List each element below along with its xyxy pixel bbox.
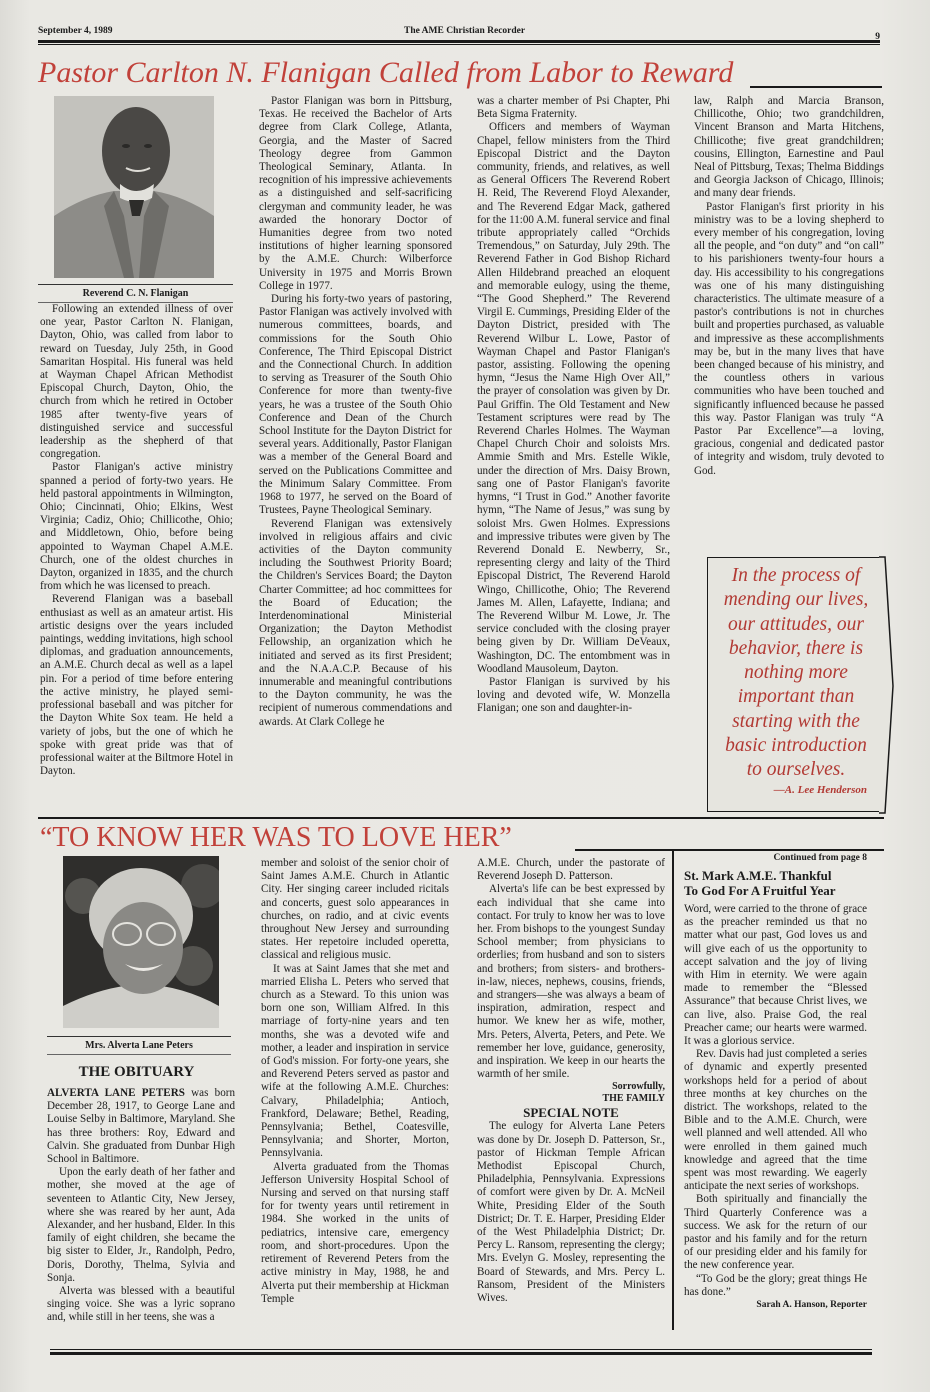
headline-rule: [575, 849, 884, 851]
article1-column-4: law, Ralph and Marcia Branson, Chillicot…: [694, 95, 884, 478]
article1-headline: Pastor Carlton N. Flanigan Called from L…: [38, 56, 733, 90]
masthead-rule: [38, 40, 880, 45]
article3-column: Continued from page 8 St. Mark A.M.E. Th…: [684, 852, 867, 1312]
section-divider: [38, 817, 884, 819]
article3-headline: St. Mark A.M.E. Thankful To God For A Fr…: [684, 868, 867, 898]
article2-headline: “TO KNOW HER WAS TO LOVE HER”: [40, 822, 512, 854]
article2-column-3: A.M.E. Church, under the pastorate of Re…: [477, 857, 665, 1305]
paragraph: Alverta was blessed with a beautiful sin…: [47, 1285, 235, 1325]
paragraph: Pastor Flanigan's first priority in his …: [694, 201, 884, 478]
column-divider: [672, 850, 674, 1330]
headline-rule: [750, 86, 882, 88]
publication-name: The AME Christian Recorder: [404, 26, 525, 36]
paragraph: It was at Saint James that she met and m…: [261, 963, 449, 1161]
paragraph: Alverta graduated from the Thomas Jeffer…: [261, 1161, 449, 1306]
paragraph: The eulogy for Alverta Lane Peters was d…: [477, 1120, 665, 1305]
portrait-image: [63, 856, 219, 1028]
paragraph: law, Ralph and Marcia Branson, Chillicot…: [694, 95, 884, 201]
pull-quote-box: In the process of mending our lives, our…: [707, 557, 883, 812]
newspaper-page: September 4, 1989 The AME Christian Reco…: [0, 0, 930, 1392]
issue-date: September 4, 1989: [38, 26, 113, 36]
paragraph: Word, were carried to the throne of grac…: [684, 903, 867, 1048]
paragraph: “To God be the glory; great things He ha…: [684, 1273, 867, 1299]
alverta-photo: [63, 856, 219, 1028]
paragraph: Alverta's life can be best expressed by …: [477, 883, 665, 1081]
paragraph: Following an extended illness of over on…: [40, 303, 233, 461]
paragraph: Pastor Flanigan's active ministry spanne…: [40, 461, 233, 593]
special-note-title: SPECIAL NOTE: [477, 1105, 665, 1120]
paragraph: Pastor Flanigan is survived by his lovin…: [477, 676, 670, 716]
paragraph: Officers and members of Wayman Chapel, f…: [477, 121, 670, 676]
paragraph: Both spiritually and financially the Thi…: [684, 1193, 867, 1272]
alverta-photo-caption: Mrs. Alverta Lane Peters: [47, 1036, 231, 1055]
article2-column-1: ALVERTA LANE PETERS was born December 28…: [47, 1087, 235, 1325]
paragraph: Rev. Davis had just completed a series o…: [684, 1048, 867, 1193]
paragraph: Pastor Flanigan was born in Pittsburg, T…: [259, 95, 452, 293]
lead-name: ALVERTA LANE PETERS: [47, 1087, 185, 1099]
paragraph: During his forty-two years of pastoring,…: [259, 293, 452, 517]
paragraph: Reverend Flanigan was extensively involv…: [259, 518, 452, 729]
article2-column-2: member and soloist of the senior choir o…: [261, 857, 449, 1306]
portrait-image: [54, 96, 214, 278]
paragraph: Upon the early death of her father and m…: [47, 1166, 235, 1285]
paragraph: member and soloist of the senior choir o…: [261, 857, 449, 963]
pull-quote-text: In the process of mending our lives, our…: [708, 564, 884, 783]
article1-column-1: Following an extended illness of over on…: [40, 303, 233, 778]
footer-rule: [50, 1349, 872, 1355]
signoff: Sorrowfully, THE FAMILY: [477, 1081, 665, 1105]
article1-column-2: Pastor Flanigan was born in Pittsburg, T…: [259, 95, 452, 729]
obituary-title: THE OBITUARY: [40, 1064, 233, 1081]
article1-column-3: was a charter member of Psi Chapter, Phi…: [477, 95, 670, 716]
paragraph: ALVERTA LANE PETERS was born December 28…: [47, 1087, 235, 1166]
pull-quote-attribution: —A. Lee Henderson: [774, 784, 867, 796]
pastor-photo: [54, 96, 214, 278]
paragraph: was a charter member of Psi Chapter, Phi…: [477, 95, 670, 121]
paragraph: Reverend Flanigan was a baseball enthusi…: [40, 593, 233, 778]
reporter-byline: Sarah A. Hanson, Reporter: [684, 1299, 867, 1312]
pastor-photo-caption: Reverend C. N. Flanigan: [38, 284, 233, 303]
paragraph: A.M.E. Church, under the pastorate of Re…: [477, 857, 665, 883]
continued-note: Continued from page 8: [684, 852, 867, 865]
